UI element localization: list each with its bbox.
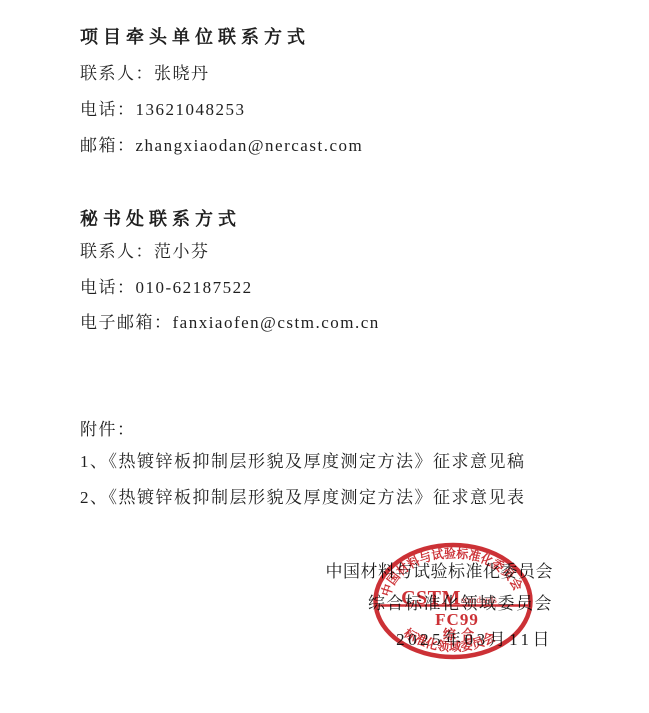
attachments-heading: 附件：: [80, 420, 136, 440]
attachment-item-2: 2、《热镀锌板抑制层形貌及厚度测定方法》征求意见表: [80, 488, 526, 508]
lead-contact-phone: 电话：13621048253: [80, 100, 246, 120]
lead-contact-email: 邮箱：zhangxiaodan@nercast.com: [80, 136, 363, 156]
lead-contact-person: 联系人：张晓丹: [80, 64, 210, 84]
document-page: 项目牵头单位联系方式 联系人：张晓丹 电话：13621048253 邮箱：zha…: [0, 0, 649, 713]
official-stamp: 中国材料与试验标准化委员会 标准化领域委员会 CSTM standards FC…: [363, 533, 543, 669]
secretariat-person: 联系人：范小芬: [80, 242, 210, 262]
secretariat-heading: 秘书处联系方式: [80, 209, 241, 231]
lead-contact-heading: 项目牵头单位联系方式: [80, 27, 310, 49]
attachment-item-1: 1、《热镀锌板抑制层形貌及厚度测定方法》征求意见稿: [80, 452, 526, 472]
secretariat-email: 电子邮箱：fanxiaofen@cstm.com.cn: [80, 313, 380, 333]
secretariat-phone: 电话：010-62187522: [80, 278, 253, 298]
stamp-field-text: 综 合: [443, 627, 475, 642]
